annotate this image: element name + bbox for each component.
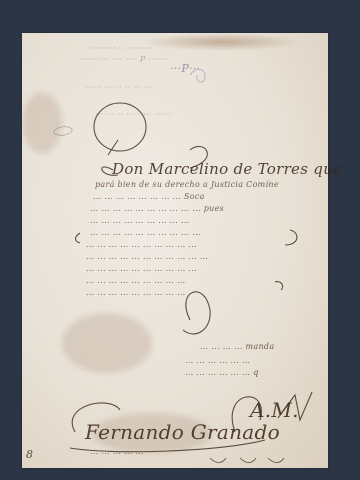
lower-line: ... ... ... ... ... ...	[185, 356, 250, 365]
lower-line: ... ... ... ... ... ... q	[185, 368, 259, 377]
body-line: ... ... ... ... ... ... ... ... ... ...	[86, 240, 197, 249]
purple-stamp: ···P···	[170, 62, 200, 75]
lower-line: ... ... ... ... manda	[200, 342, 274, 351]
body-line: ... ... ... ... ... ... ... ... ...	[90, 216, 190, 225]
body-line: ... ... ... ... ... ... ... ... Soca	[93, 192, 205, 201]
folio-mark: 8	[26, 448, 33, 461]
heading-line: Don Marcelino de Torres que	[112, 160, 342, 178]
body-line: ... ... ... ... ... ... ... ... ...	[86, 288, 186, 297]
body-line: ... ... ... ... ... ... ... ... ... ... …	[86, 252, 208, 261]
signature-subline: ... ... ... ... ...	[90, 447, 144, 456]
faded-line-3: ······ ······ ·· ··· ···	[85, 83, 153, 92]
initials: A.M.	[250, 398, 299, 422]
faded-line-2: ·········· ···· ···· P ·······	[80, 55, 168, 64]
body-line: ... ... ... ... ... ... ... ... ... ... …	[90, 204, 224, 213]
faded-line-4: ··· ··· ·· ········· ······	[95, 110, 172, 119]
signature: Fernando Granado	[85, 420, 280, 444]
body-line: ... ... ... ... ... ... ... ... ... ...	[90, 228, 201, 237]
body-line: ... ... ... ... ... ... ... ... ... ...	[86, 264, 197, 273]
body-line: ... ... ... ... ... ... ... ... ...	[86, 276, 186, 285]
body-line: pará bien de su derecho a Justicia Comín…	[95, 180, 279, 189]
faded-line-1: ········· ·· ·········	[90, 44, 153, 53]
